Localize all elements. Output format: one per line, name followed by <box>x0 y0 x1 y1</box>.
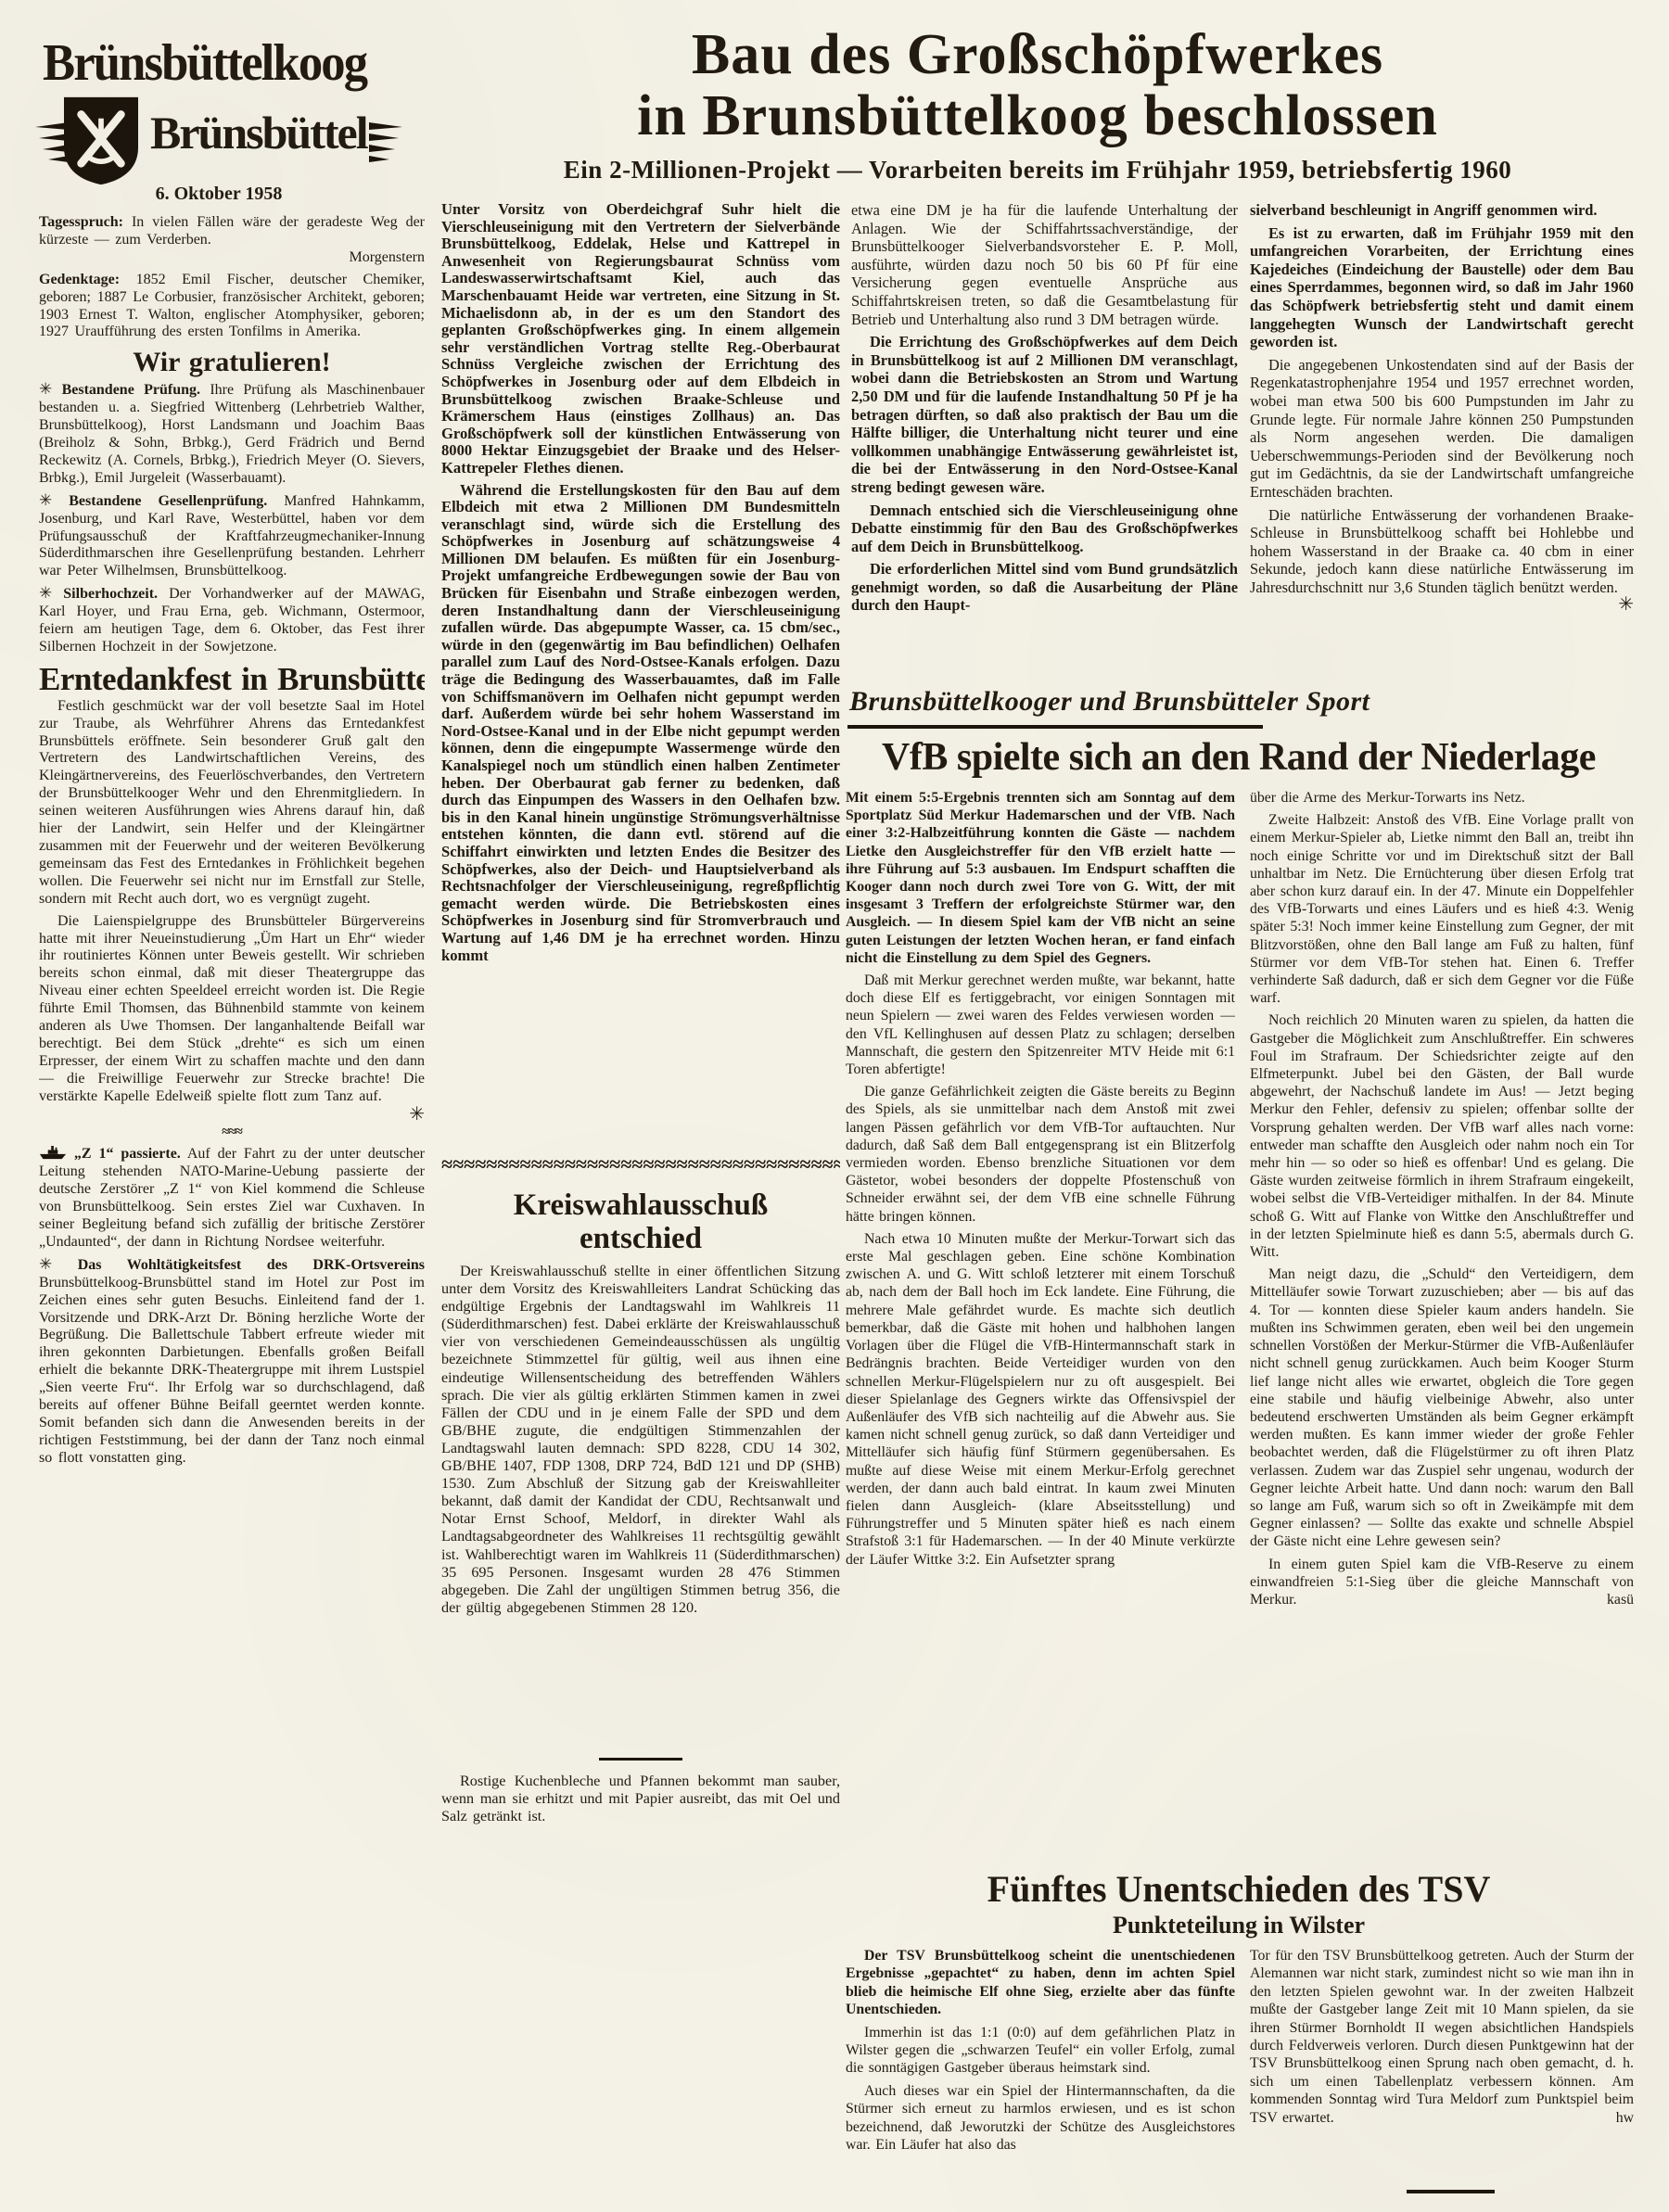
tagesspruch-label: Tagesspruch: <box>39 214 123 230</box>
household-tip: Rostige Kuchenbleche und Pfannen bekommt… <box>441 1773 840 1856</box>
item-gesellenpruefung: ✳ Bestandene Gesellenprüfung. Manfred Ha… <box>39 492 425 581</box>
vfb-paragraph: Noch reichlich 20 Minuten waren zu spiel… <box>1250 1011 1634 1261</box>
kreiswahl-body: Der Kreiswahlausschuß stellte in einer ö… <box>441 1263 840 1617</box>
erntedank-paragraph: Die Laienspielgruppe des Brunsbütteler B… <box>39 913 425 1106</box>
page-end-rule <box>1407 2190 1495 2193</box>
coat-of-arms-icon <box>61 95 141 187</box>
vfb-headline: VfB spielte sich an den Rand der Niederl… <box>844 735 1634 780</box>
kreiswahl-article: Der Kreiswahlausschuß stellte in einer ö… <box>441 1263 840 1749</box>
kreiswahl-heading-line2: entschied <box>441 1222 840 1255</box>
tsv-final-text: Tor für den TSV Brunsbüttelkoog getreten… <box>1250 1948 1634 2126</box>
tsv-article-colA: Der TSV Brunsbüttelkoog scheint die unen… <box>846 1947 1235 2190</box>
erntedank-heading: Erntedankfest in Brunsbüttel <box>39 671 425 689</box>
vfb-paragraph: Daß mit Merkur gerechnet werden mußte, w… <box>846 972 1235 1078</box>
star-marker-icon: ✳ <box>39 380 52 398</box>
lead-subhead: Ein 2-Millionen-Projekt — Vorarbeiten be… <box>441 156 1634 184</box>
lead-paragraph: Während die Erstellungskosten für den Ba… <box>441 482 840 965</box>
vfb-article-colB: über die Arme des Merkur-Torwarts ins Ne… <box>1250 789 1634 1864</box>
lead-paragraph: Die Errichtung des Großschöpfwerkes auf … <box>851 333 1238 496</box>
section-end-rule <box>599 1758 682 1761</box>
kicker-underline-rule <box>847 725 1263 729</box>
tsv-headline: Fünftes Unentschieden des TSV <box>844 1867 1634 1911</box>
item-silberhochzeit: ✳ Silberhochzeit. Der Vorhandwerker auf … <box>39 585 425 656</box>
tsv-paragraph: Auch dieses war ein Spiel der Hintermann… <box>846 2082 1235 2155</box>
kreiswahl-heading: Kreiswahlausschuß entschied <box>441 1189 840 1255</box>
local-news-column: Tagesspruch: In vielen Fällen wäre der g… <box>39 214 425 1832</box>
item-z1-passierte: „Z 1“ passierte. Auf der Fahrt zu der un… <box>39 1146 425 1251</box>
lead-paragraph: Die natürliche Entwässerung der vorhande… <box>1250 506 1634 597</box>
lead-headline-line2: in Brunsbüttelkoog beschlossen <box>441 85 1634 146</box>
wave-divider-icon: ≈≈≈ <box>39 1124 425 1141</box>
item1-lead: Bestandene Prüfung. <box>62 382 200 398</box>
tip-text: Rostige Kuchenbleche und Pfannen bekommt… <box>441 1773 840 1825</box>
masthead: Brünsbüttelkoog Brünsbüttel <box>43 33 432 210</box>
lead-article-col4: sielverband beschleunigt in Angriff geno… <box>1250 201 1634 691</box>
star-marker-icon: ✳ <box>39 491 52 509</box>
sport-kicker: Brunsbüttelkooger und Brunsbütteler Spor… <box>849 686 1370 718</box>
item2-lead: Bestandene Gesellenprüfung. <box>69 493 267 509</box>
vfb-paragraph: Man neigt dazu, die „Schuld“ den Verteid… <box>1250 1265 1634 1550</box>
gedenktage-label: Gedenktage: <box>39 272 120 287</box>
masthead-title-line1: Brünsbüttelkoog <box>43 33 409 93</box>
tsv-paragraph: Tor für den TSV Brunsbüttelkoog getreten… <box>1250 1947 1634 2127</box>
newspaper-page: Brünsbüttelkoog Brünsbüttel <box>0 0 1669 2212</box>
tsv-paragraph: Der TSV Brunsbüttelkoog scheint die unen… <box>846 1947 1235 2019</box>
lead-headline-line1: Bau des Großschöpfwerkes <box>441 24 1634 85</box>
drk-text: Brunsbüttelkoog-Brunsbüttel stand im Hot… <box>39 1275 425 1466</box>
lead-paragraph: Unter Vorsitz von Oberdeichgraf Suhr hie… <box>441 201 840 477</box>
kreiswahl-heading-line1: Kreiswahlausschuß <box>441 1189 840 1222</box>
tagesspruch: Tagesspruch: In vielen Fällen wäre der g… <box>39 214 425 267</box>
tsv-signature: hw <box>1616 2109 1634 2127</box>
lead-article-col3: etwa eine DM je ha für die laufende Unte… <box>851 201 1238 691</box>
vfb-paragraph: Zweite Halbzeit: Anstoß des VfB. Eine Vo… <box>1250 811 1634 1007</box>
lead-paragraph: sielverband beschleunigt in Angriff geno… <box>1250 201 1634 220</box>
flourish-right-icon <box>369 119 402 168</box>
lead-paragraph: Die erforderlichen Mittel sind vom Bund … <box>851 560 1238 615</box>
lead-paragraph: etwa eine DM je ha für die laufende Unte… <box>851 201 1238 328</box>
lead-paragraph: Demnach entschied sich die Vierschleusei… <box>851 502 1238 556</box>
rope-divider: ≈≈≈≈≈≈≈≈≈≈≈≈≈≈≈≈≈≈≈≈≈≈≈≈≈≈≈≈≈≈≈≈≈≈≈≈≈≈≈≈… <box>441 1152 840 1175</box>
gedenktage: Gedenktage: 1852 Emil Fischer, deutscher… <box>39 272 425 342</box>
gratulieren-heading: Wir gratulieren! <box>39 354 425 372</box>
tagesspruch-author: Morgenstern <box>39 249 425 267</box>
item-bestandene-pruefung: ✳ Bestandene Prüfung. Ihre Prüfung als M… <box>39 381 425 487</box>
flourish-left-icon <box>35 119 69 168</box>
article-end-star-icon: ✳ <box>39 1106 425 1124</box>
vfb-paragraph: Mit einem 5:5-Ergebnis trennten sich am … <box>846 789 1235 967</box>
lead-article-col2: Unter Vorsitz von Oberdeichgraf Suhr hie… <box>441 201 840 1152</box>
ship-icon <box>39 1146 67 1162</box>
lead-headline-block: Bau des Großschöpfwerkes in Brunsbüttelk… <box>441 24 1634 184</box>
star-marker-icon: ✳ <box>39 1255 52 1273</box>
vfb-paragraph: Die ganze Gefährlichkeit zeigten die Gäs… <box>846 1083 1235 1226</box>
tsv-article-colB: Tor für den TSV Brunsbüttelkoog getreten… <box>1250 1947 1634 2190</box>
z1-lead: „Z 1“ passierte. <box>74 1146 181 1162</box>
lead-paragraph: Die angegebenen Unkostendaten sind auf d… <box>1250 356 1634 502</box>
vfb-signature: kasü <box>1588 1591 1634 1608</box>
vfb-final-text: In einem guten Spiel kam die VfB-Reserve… <box>1250 1557 1634 1608</box>
drk-lead: Das Wohltätigkeitsfest des DRK-Ortsverei… <box>78 1257 425 1273</box>
article-end-star-icon: ✳ <box>1250 596 1634 615</box>
lead-paragraph: Es ist zu erwarten, daß im Frühjahr 1959… <box>1250 224 1634 351</box>
item-drk-fest: ✳ Das Wohltätigkeitsfest des DRK-Ortsver… <box>39 1256 425 1468</box>
item3-lead: Silberhochzeit. <box>63 586 158 602</box>
star-marker-icon: ✳ <box>39 584 52 602</box>
edition-date: 6. Oktober 1958 <box>135 184 302 205</box>
masthead-title-line2: Brünsbüttel <box>150 106 367 159</box>
erntedank-paragraph: Festlich geschmückt war der voll besetzt… <box>39 698 425 909</box>
tsv-subhead: Punkteteilung in Wilster <box>844 1912 1634 1939</box>
vfb-paragraph: In einem guten Spiel kam die VfB-Reserve… <box>1250 1556 1634 1609</box>
vfb-article-colA: Mit einem 5:5-Ergebnis trennten sich am … <box>846 789 1235 1864</box>
tsv-paragraph: Immerhin ist das 1:1 (0:0) auf dem gefäh… <box>846 2024 1235 2078</box>
vfb-paragraph: über die Arme des Merkur-Torwarts ins Ne… <box>1250 789 1634 807</box>
vfb-paragraph: Nach etwa 10 Minuten mußte der Merkur-To… <box>846 1230 1235 1569</box>
